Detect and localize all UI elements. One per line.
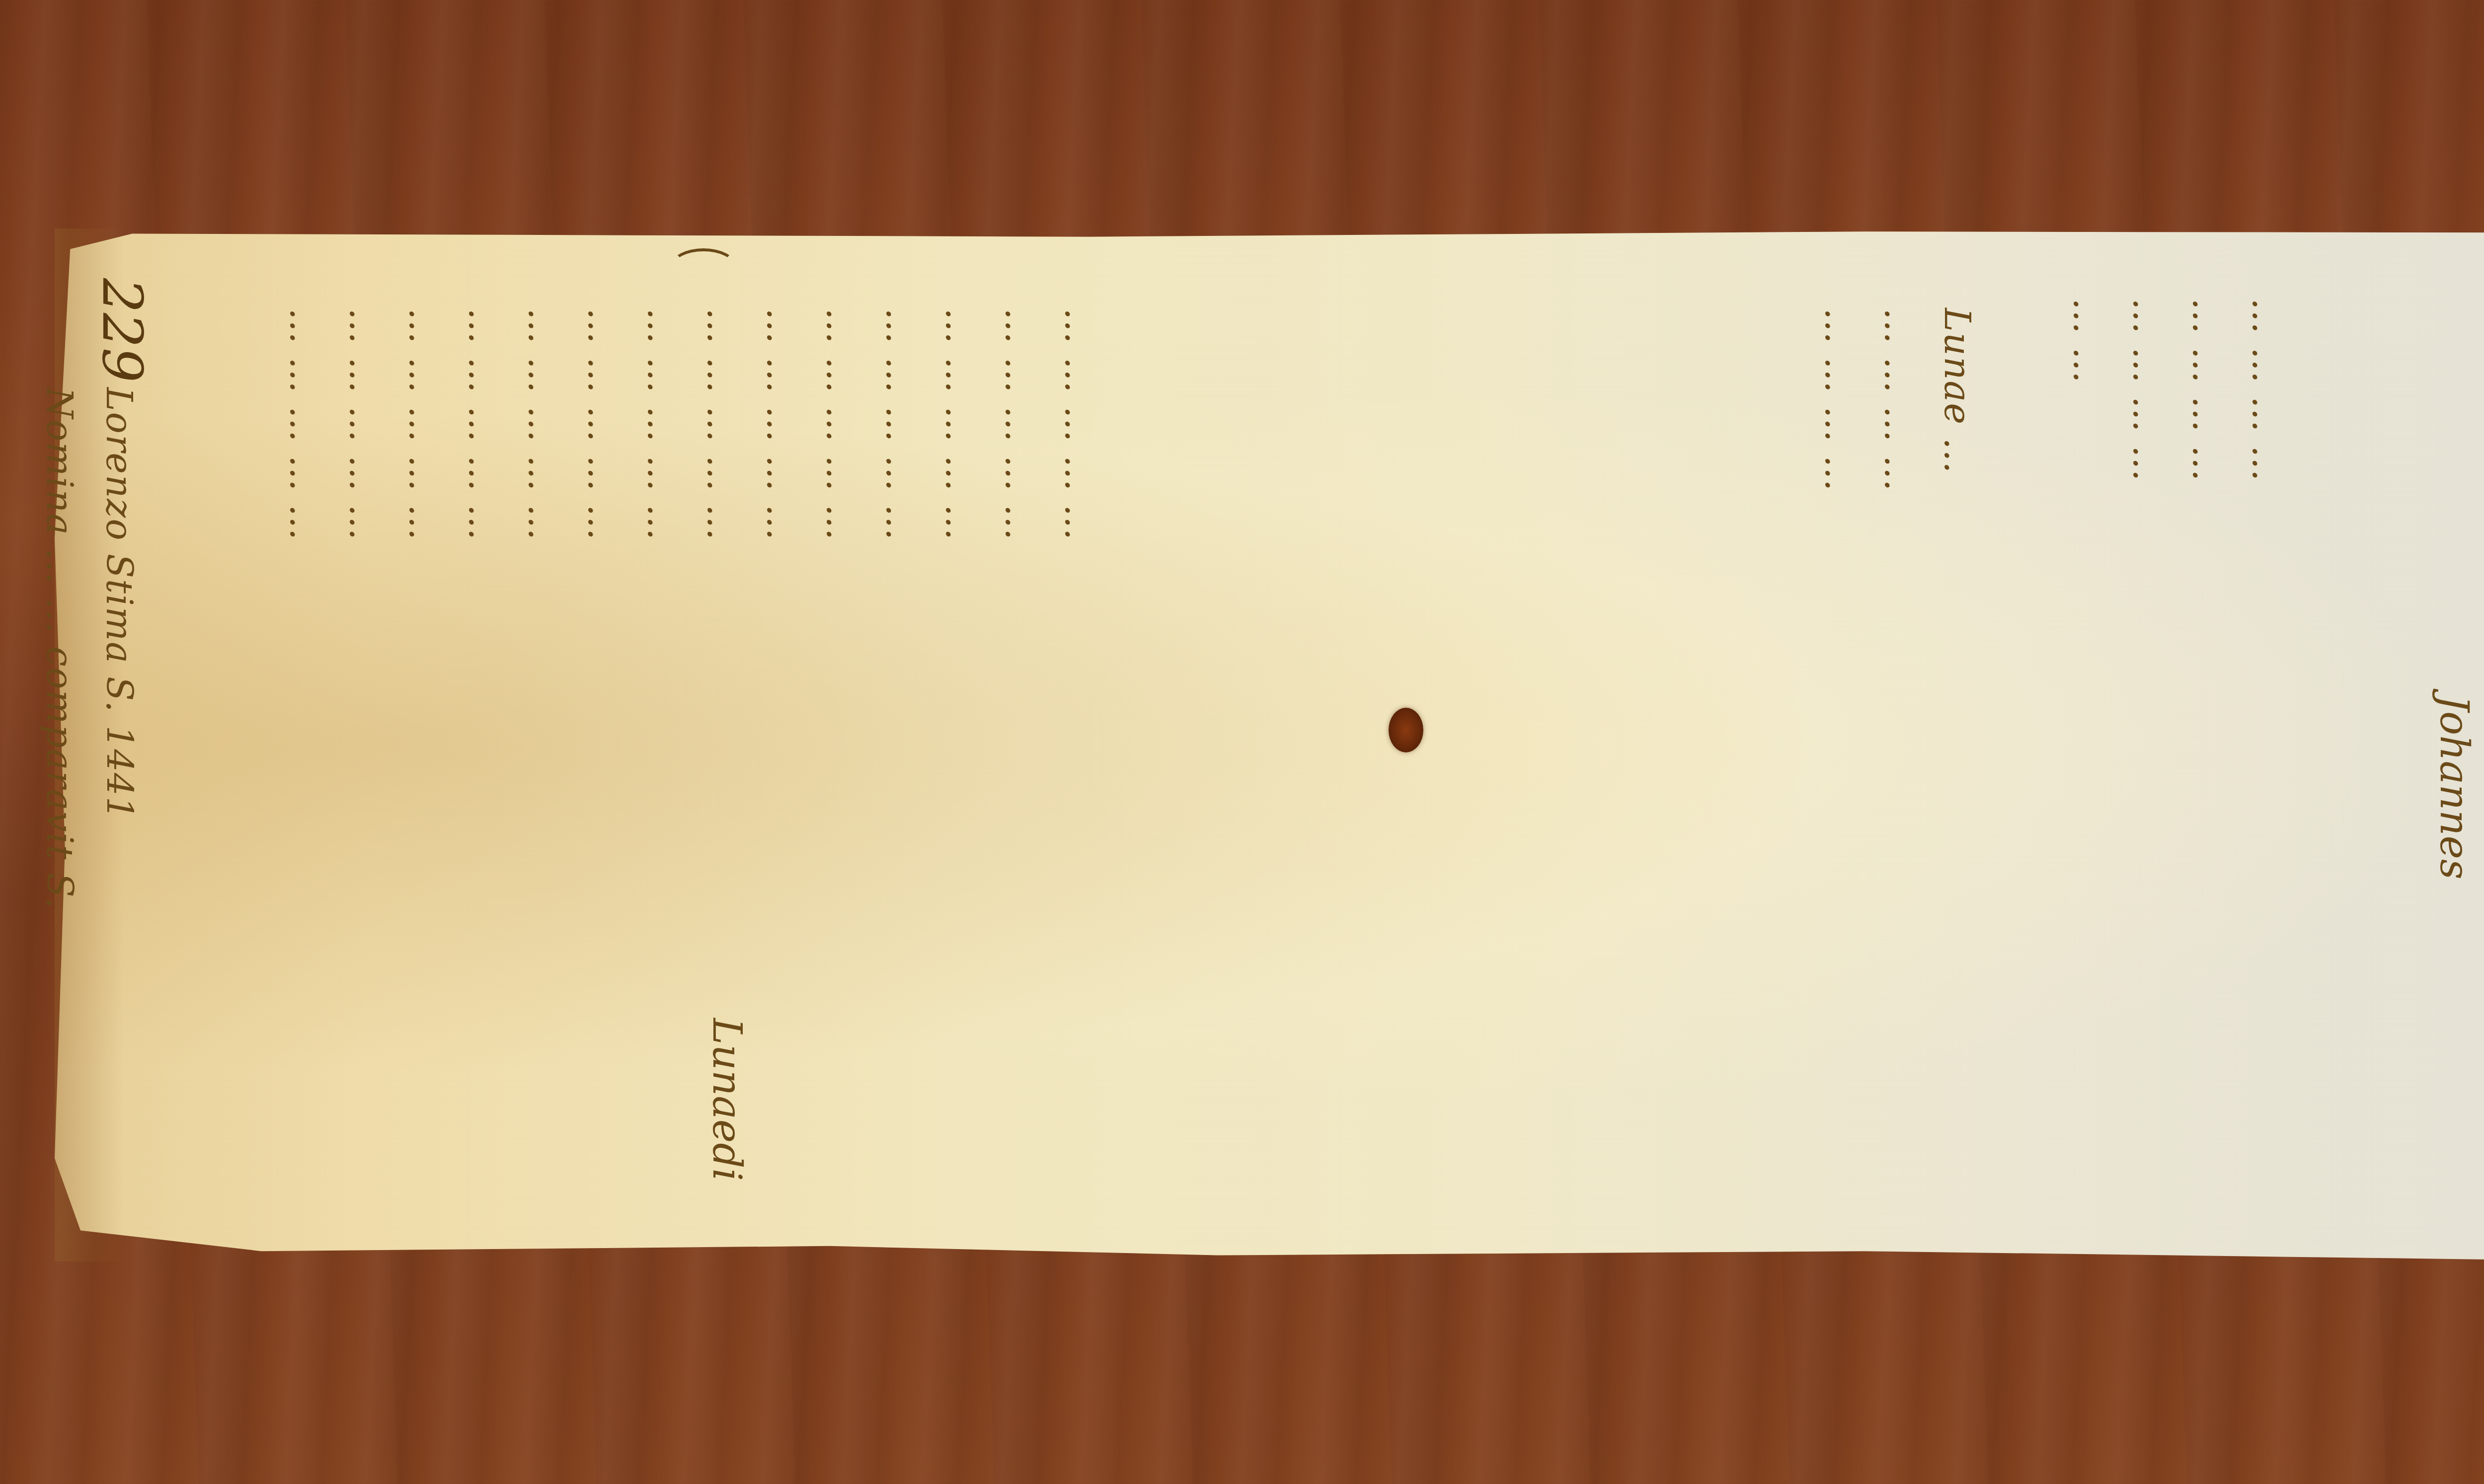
text-line: … … <box>2057 298 2116 482</box>
text-line: … … … … … <box>869 308 929 541</box>
text-line: … … … … … <box>0 387 30 909</box>
text-line: … … … … … <box>989 308 1048 541</box>
left-block: Lorenzo Stima S. 1441 Nomina … … compara… <box>0 387 149 909</box>
text-line: … … … … … <box>929 308 989 541</box>
left-annotation: Lunaedi <box>704 1018 750 1181</box>
text-line: … … … … … <box>691 308 750 541</box>
text-line: … … … … … <box>512 308 571 541</box>
text-line: … … … … … <box>273 308 333 541</box>
folio-number: 229 <box>90 278 154 382</box>
text-line: … … … … … <box>392 308 452 541</box>
signature: … Johannes <box>2431 695 2484 880</box>
flourish-mark <box>671 248 736 284</box>
text-line: … … … … <box>2236 298 2295 482</box>
right-block: … … … … … … … … … … … … … … <box>2057 298 2295 482</box>
text-line: … … … … … <box>1048 308 1108 541</box>
middle-block: … … … … … … … … … … … … … … … … … … … … … <box>273 308 1108 541</box>
text-line: … … … … … <box>333 308 392 541</box>
text-line: Lunae … <box>1928 308 1987 492</box>
text-line: … … … … … <box>810 308 869 541</box>
center-right-block: Lunae … … … … … … … … … <box>1808 308 1987 492</box>
text-line: … … … … … <box>571 308 631 541</box>
text-line: Nomina … … comparavit S. <box>30 387 89 909</box>
text-line: … … … … … <box>750 308 810 541</box>
text-line: … … … … … <box>631 308 691 541</box>
text-line: Lorenzo Stima S. 1441 <box>89 387 149 909</box>
text-line: … … … … … <box>452 308 512 541</box>
text-line: … … … … <box>1868 308 1928 492</box>
text-line: … … … … <box>1808 308 1868 492</box>
text-line: … … … … <box>2116 298 2176 482</box>
paper-hole <box>1389 708 1423 752</box>
text-line: … … … … <box>2176 298 2236 482</box>
